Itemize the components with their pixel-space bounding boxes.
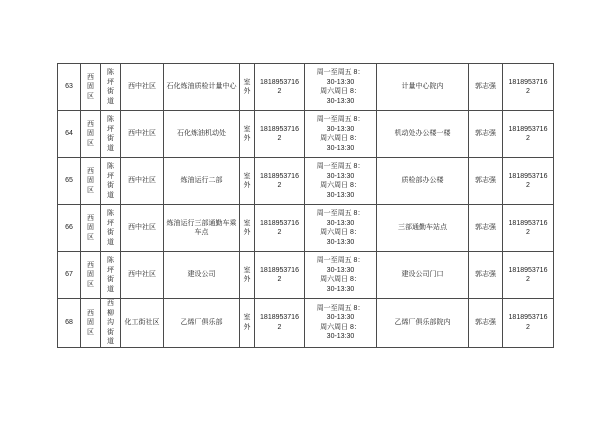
cell-address: 计量中心院内 [377,64,469,111]
cell-phone: 1818953716 2 [255,158,305,205]
table-row: 65 西 固 区 陈 坪 街 道 西中社区 炼油运行二部 室 外 1818953… [58,158,554,205]
cell-street: 西 柳 沟 街 道 [101,299,121,348]
cell-serial-number: 64 [58,111,81,158]
cell-street: 陈 坪 街 道 [101,64,121,111]
cell-site-name: 石化炼油质检计量中心 [164,64,240,111]
cell-indoor-outdoor: 室 外 [240,64,255,111]
cell-serial-number: 67 [58,252,81,299]
cell-community: 西中社区 [121,64,164,111]
cell-contact-phone: 1818953716 2 [503,158,554,205]
cell-schedule: 周一至周五 8： 30-13:30 周六周日 8： 30-13:30 [305,205,377,252]
cell-street: 陈 坪 街 道 [101,111,121,158]
cell-contact-name: 郭志强 [469,252,503,299]
cell-site-name: 建设公司 [164,252,240,299]
cell-serial-number: 68 [58,299,81,348]
cell-schedule: 周一至周五 8： 30-13:30 周六周日 8： 30-13:30 [305,64,377,111]
cell-address: 建设公司门口 [377,252,469,299]
cell-schedule: 周一至周五 8： 30-13:30 周六周日 8： 30-13:30 [305,111,377,158]
cell-address: 质检部办公楼 [377,158,469,205]
cell-street: 陈 坪 街 道 [101,158,121,205]
cell-indoor-outdoor: 室 外 [240,111,255,158]
cell-indoor-outdoor: 室 外 [240,252,255,299]
cell-community: 西中社区 [121,252,164,299]
cell-schedule: 周一至周五 8： 30-13:30 周六周日 8： 30-13:30 [305,299,377,348]
cell-street: 陈 坪 街 道 [101,205,121,252]
cell-phone: 1818953716 2 [255,205,305,252]
cell-indoor-outdoor: 室 外 [240,205,255,252]
document-page: 63 西 固 区 陈 坪 街 道 西中社区 石化炼油质检计量中心 室 外 181… [0,0,600,424]
cell-contact-phone: 1818953716 2 [503,299,554,348]
cell-serial-number: 66 [58,205,81,252]
cell-address: 机动处办公楼一楼 [377,111,469,158]
cell-serial-number: 65 [58,158,81,205]
cell-community: 西中社区 [121,158,164,205]
cell-street: 陈 坪 街 道 [101,252,121,299]
cell-site-name: 石化炼油机动处 [164,111,240,158]
cell-address: 乙烯厂俱乐部院内 [377,299,469,348]
cell-district: 西 固 区 [81,205,101,252]
cell-site-name: 炼油运行二部 [164,158,240,205]
cell-district: 西 固 区 [81,158,101,205]
table-row: 68 西 固 区 西 柳 沟 街 道 化工街社区 乙烯厂俱乐部 室 外 1818… [58,299,554,348]
cell-contact-name: 郭志强 [469,64,503,111]
cell-district: 西 固 区 [81,252,101,299]
cell-schedule: 周一至周五 8： 30-13:30 周六周日 8： 30-13:30 [305,158,377,205]
cell-community: 西中社区 [121,111,164,158]
cell-site-name: 炼油运行三部通勤车乘 车点 [164,205,240,252]
site-registration-table: 63 西 固 区 陈 坪 街 道 西中社区 石化炼油质检计量中心 室 外 181… [57,63,554,348]
cell-indoor-outdoor: 室 外 [240,299,255,348]
cell-community: 西中社区 [121,205,164,252]
cell-community: 化工街社区 [121,299,164,348]
cell-contact-name: 郭志强 [469,299,503,348]
cell-phone: 1818953716 2 [255,299,305,348]
cell-phone: 1818953716 2 [255,64,305,111]
cell-contact-phone: 1818953716 2 [503,111,554,158]
cell-contact-phone: 1818953716 2 [503,205,554,252]
cell-site-name: 乙烯厂俱乐部 [164,299,240,348]
cell-contact-name: 郭志强 [469,111,503,158]
cell-serial-number: 63 [58,64,81,111]
table-row: 64 西 固 区 陈 坪 街 道 西中社区 石化炼油机动处 室 外 181895… [58,111,554,158]
cell-district: 西 固 区 [81,64,101,111]
cell-phone: 1818953716 2 [255,111,305,158]
table-row: 63 西 固 区 陈 坪 街 道 西中社区 石化炼油质检计量中心 室 外 181… [58,64,554,111]
table-row: 67 西 固 区 陈 坪 街 道 西中社区 建设公司 室 外 181895371… [58,252,554,299]
cell-district: 西 固 区 [81,111,101,158]
cell-contact-name: 郭志强 [469,158,503,205]
cell-contact-name: 郭志强 [469,205,503,252]
cell-address: 三部通勤车站点 [377,205,469,252]
cell-contact-phone: 1818953716 2 [503,252,554,299]
cell-phone: 1818953716 2 [255,252,305,299]
cell-district: 西 固 区 [81,299,101,348]
cell-indoor-outdoor: 室 外 [240,158,255,205]
cell-contact-phone: 1818953716 2 [503,64,554,111]
cell-schedule: 周一至周五 8： 30-13:30 周六周日 8： 30-13:30 [305,252,377,299]
table-row: 66 西 固 区 陈 坪 街 道 西中社区 炼油运行三部通勤车乘 车点 室 外 … [58,205,554,252]
